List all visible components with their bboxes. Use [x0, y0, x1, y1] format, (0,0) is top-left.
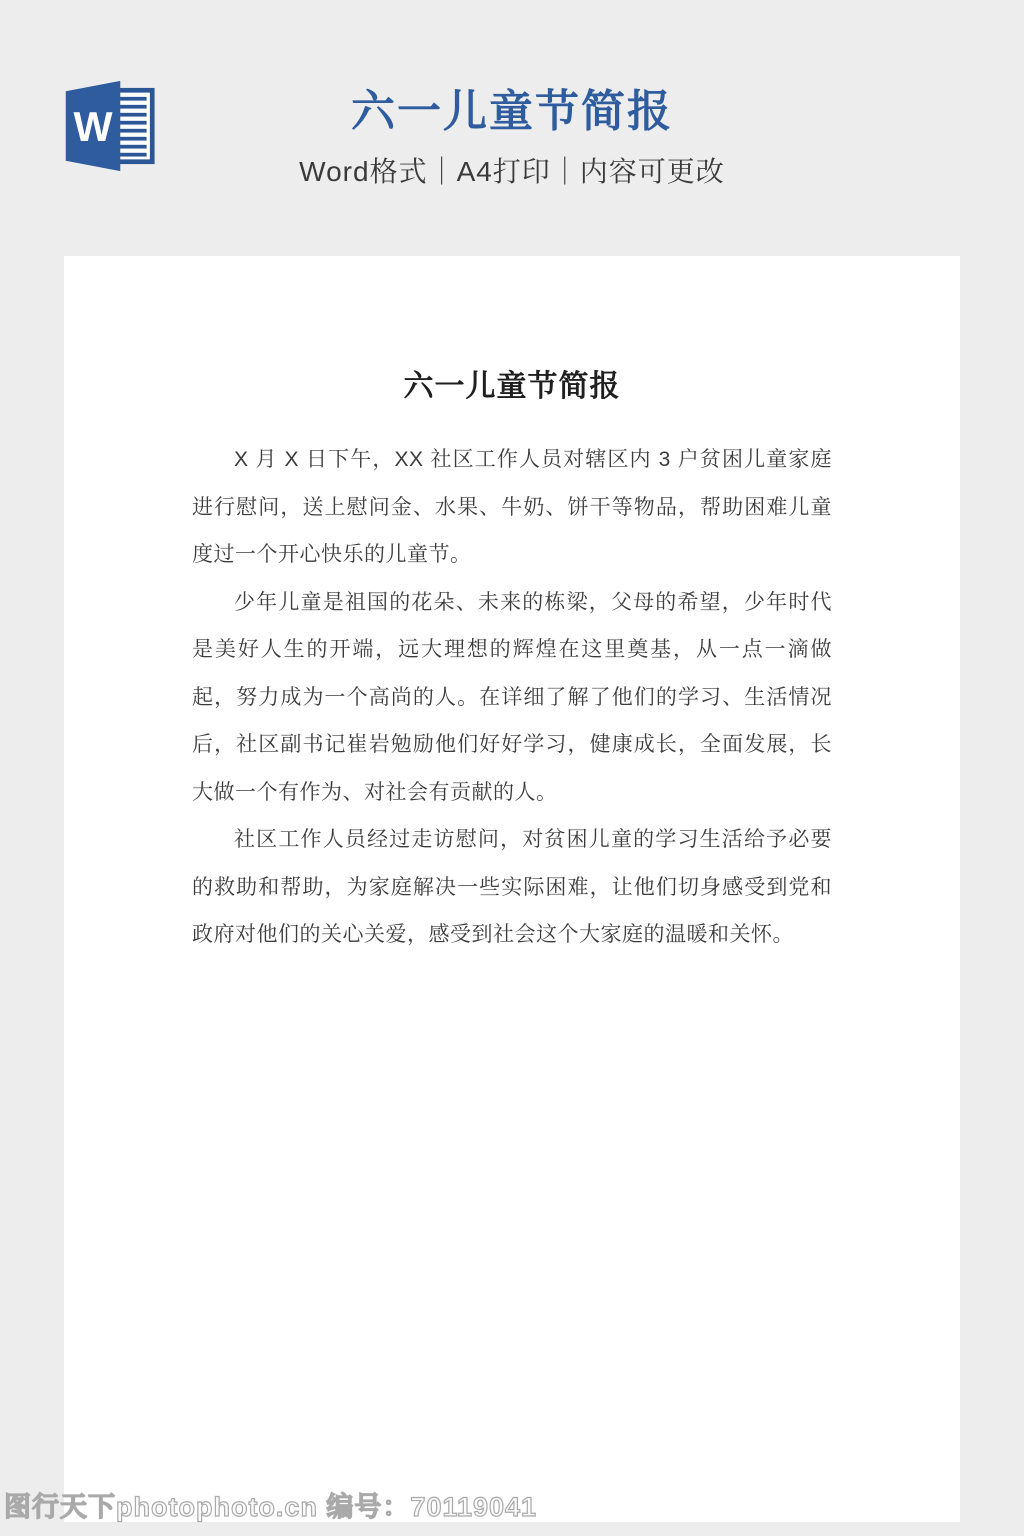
preview-page: W 六一儿童节简报 Word格式｜A4打印｜内容可更改 六一儿童节简报 X 月 …: [0, 0, 1024, 1536]
header: W 六一儿童节简报 Word格式｜A4打印｜内容可更改: [0, 0, 1024, 256]
document-title: 六一儿童节简报: [192, 366, 832, 408]
document-body: X 月 X 日下午，XX 社区工作人员对辖区内 3 户贫困儿童家庭进行慰问，送上…: [192, 436, 832, 959]
paragraph-3: 社区工作人员经过走访慰问，对贫困儿童的学习生活给予必要的救助和帮助，为家庭解决一…: [192, 816, 832, 959]
paragraph-1: X 月 X 日下午，XX 社区工作人员对辖区内 3 户贫困儿童家庭进行慰问，送上…: [192, 436, 832, 579]
paragraph-2: 少年儿童是祖国的花朵、未来的栋梁，父母的希望，少年时代是美好人生的开端，远大理想…: [192, 579, 832, 817]
header-title: 六一儿童节简报: [0, 84, 1024, 140]
header-subtitle: Word格式｜A4打印｜内容可更改: [0, 152, 1024, 192]
document-sheet: 六一儿童节简报 X 月 X 日下午，XX 社区工作人员对辖区内 3 户贫困儿童家…: [64, 256, 960, 1522]
site-watermark: 图行天下photophoto.cn 编号：70119041: [4, 1491, 537, 1523]
